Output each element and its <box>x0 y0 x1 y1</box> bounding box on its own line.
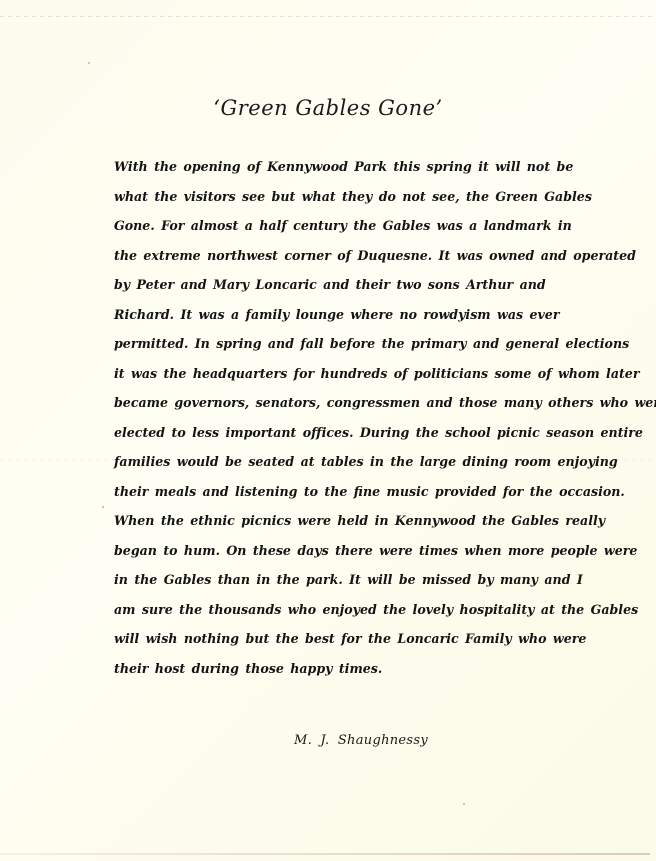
body-line: Gone. For almost a half century the Gabl… <box>114 211 544 241</box>
body-line: became governors, senators, congressmen … <box>114 388 544 418</box>
body-line: in the Gables than in the park. It will … <box>114 565 544 595</box>
paper-fold-line <box>0 16 656 17</box>
body-line: what the visitors see but what they do n… <box>114 182 544 212</box>
body-line: their meals and listening to the fine mu… <box>114 477 544 507</box>
body-line: When the ethnic picnics were held in Ken… <box>114 506 544 536</box>
letter-body: With the opening of Kennywood Park this … <box>114 152 544 683</box>
body-line: families would be seated at tables in th… <box>114 447 544 477</box>
paper-edge <box>0 853 650 855</box>
document-title: ‘Green Gables Gone’ <box>0 96 656 120</box>
author-signature: M. J. Shaughnessy <box>294 733 428 748</box>
body-line: it was the headquarters for hundreds of … <box>114 359 544 389</box>
body-line: will wish nothing but the best for the L… <box>114 624 544 654</box>
body-line: elected to less important offices. Durin… <box>114 418 544 448</box>
body-line: Richard. It was a family lounge where no… <box>114 300 544 330</box>
body-line: the extreme northwest corner of Duquesne… <box>114 241 544 271</box>
body-line: permitted. In spring and fall before the… <box>114 329 544 359</box>
body-line: began to hum. On these days there were t… <box>114 536 544 566</box>
body-line: With the opening of Kennywood Park this … <box>114 152 544 182</box>
paper-speck <box>102 506 104 508</box>
body-line: am sure the thousands who enjoyed the lo… <box>114 595 544 625</box>
body-line: by Peter and Mary Loncaric and their two… <box>114 270 544 300</box>
paper-speck <box>88 62 90 64</box>
letter-page: ‘Green Gables Gone’ With the opening of … <box>0 0 656 861</box>
paper-speck <box>463 803 465 805</box>
body-line: their host during those happy times. <box>114 654 544 684</box>
